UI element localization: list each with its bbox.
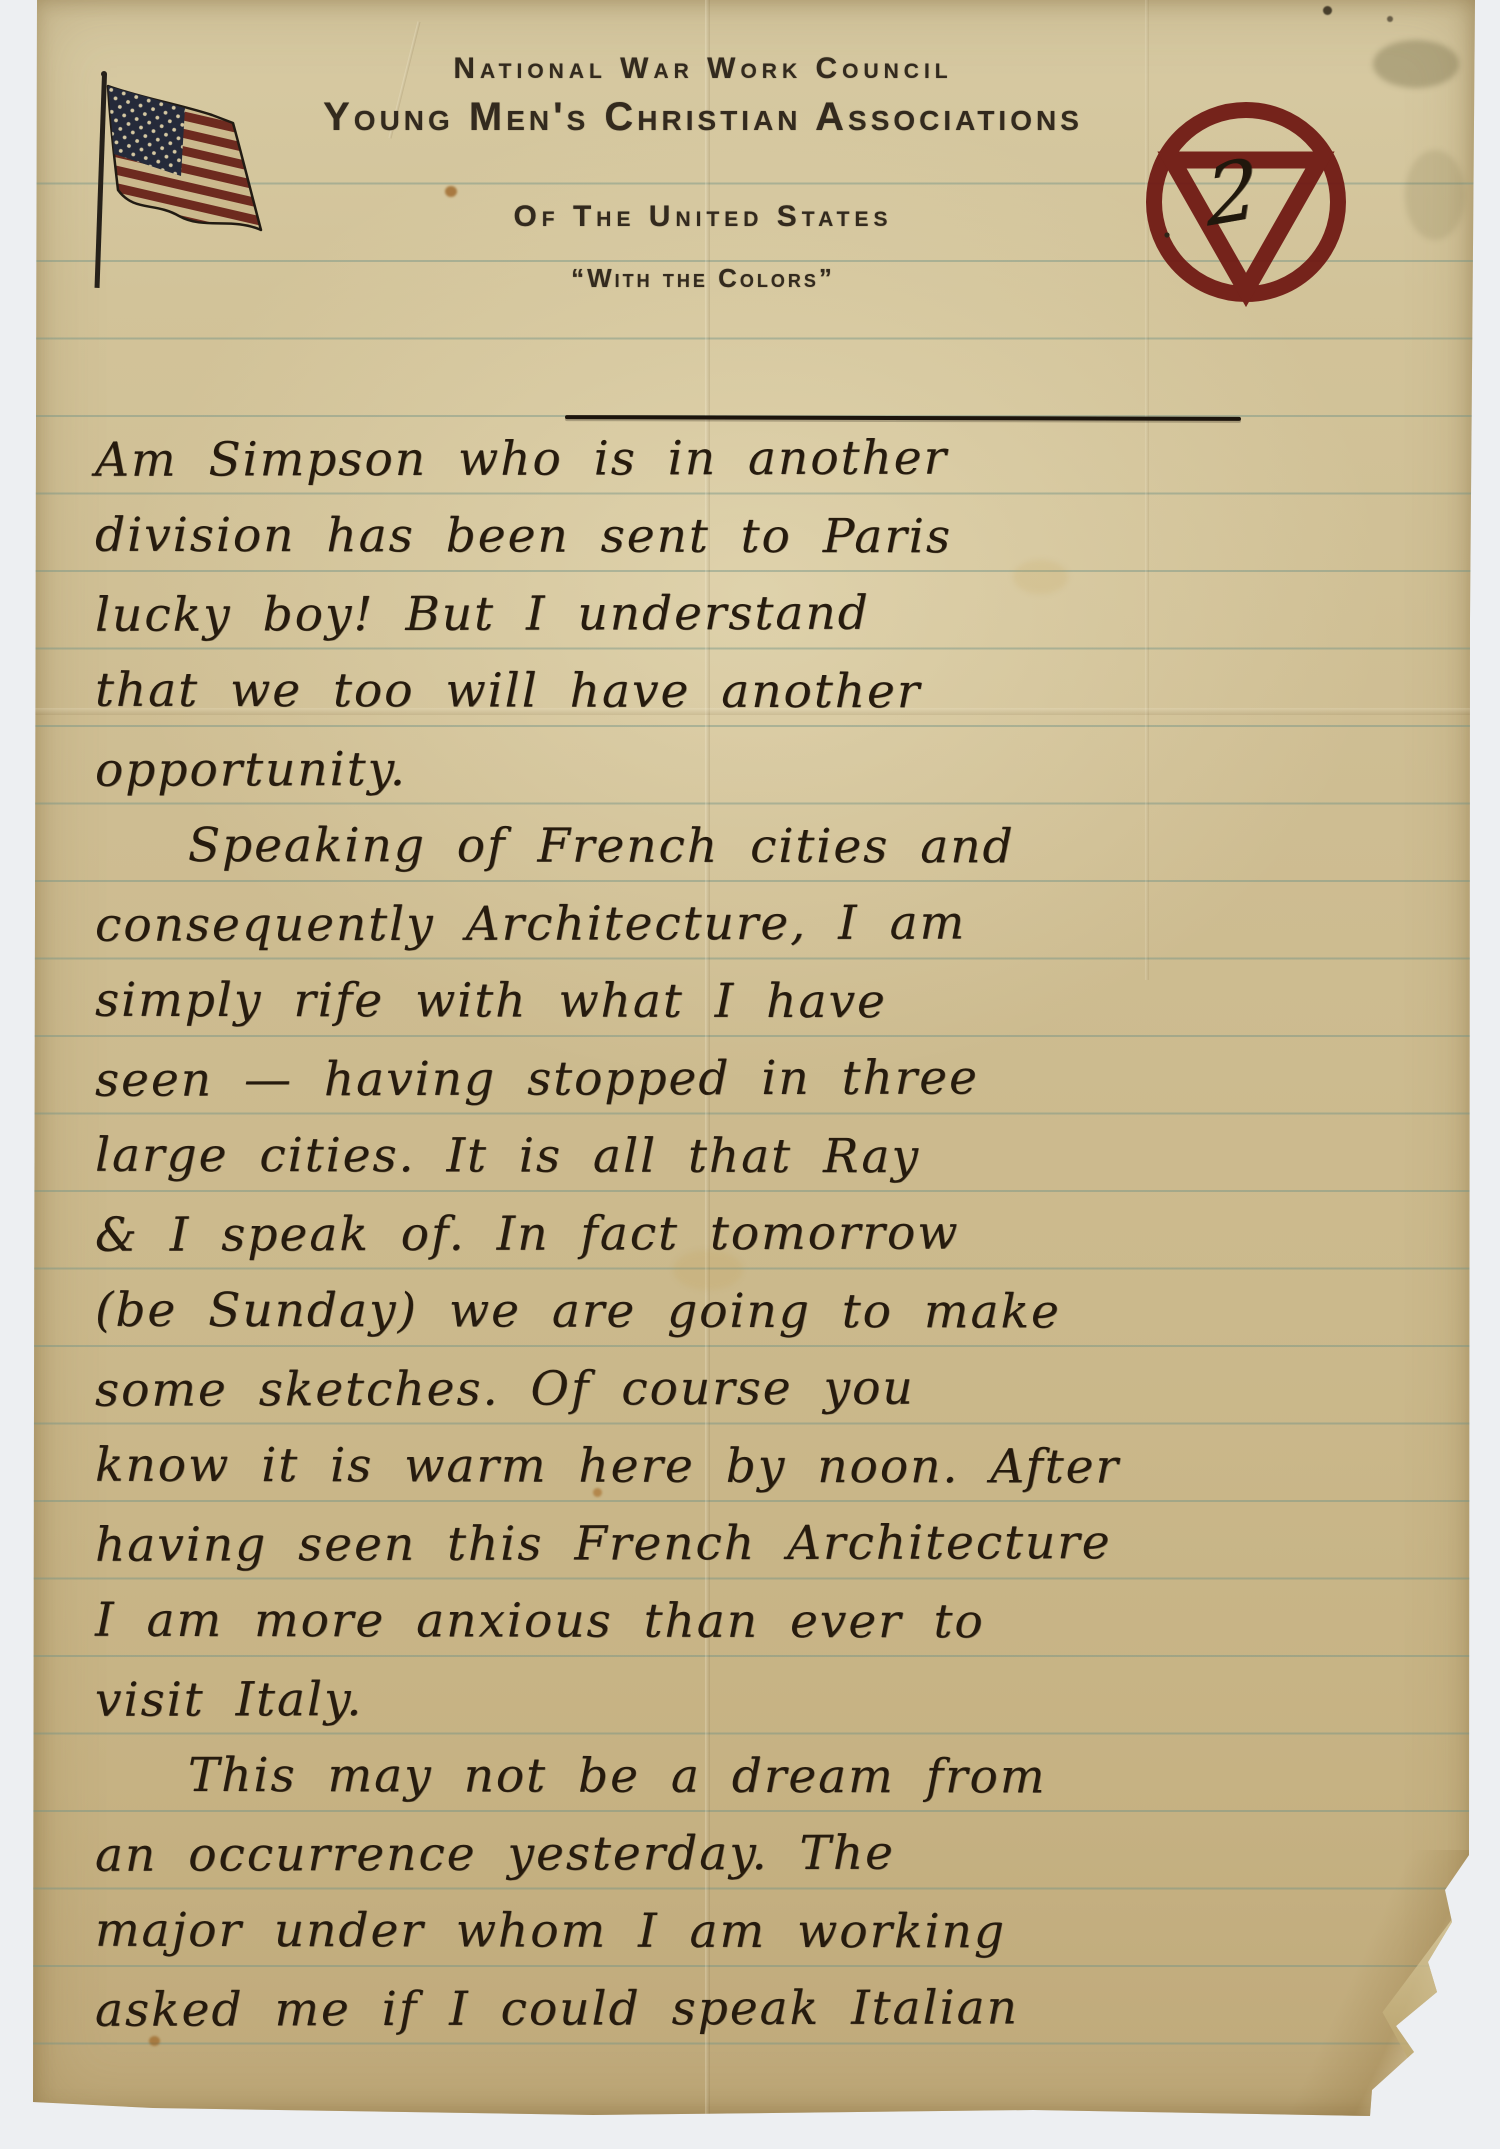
letter-line: visit Italy. [95, 1669, 1465, 1750]
letter-line: know it is warm here by noon. After [95, 1437, 1465, 1517]
letter-line: Am Simpson who is in another [95, 429, 1465, 510]
letterhead-council: National War Work Council [33, 52, 1373, 86]
ymca-triangle-logo: 2 [1142, 98, 1352, 308]
letter-line: & I speak of. In fact tomorrow [95, 1204, 1465, 1285]
stain [1387, 16, 1393, 22]
stain [1405, 150, 1465, 240]
stain [445, 186, 457, 197]
letter-line: that we too will have another [95, 662, 1465, 742]
letter-paper: National War Work Council Young Men's Ch… [33, 0, 1478, 2118]
letter-line: having seen this French Architecture [95, 1514, 1465, 1595]
letter-line: lucky boy! But I understand [95, 584, 1465, 665]
letter-line: simply rife with what I have [95, 972, 1465, 1052]
letter-line: large cities. It is all that Ray [95, 1127, 1465, 1207]
letter-body: Am Simpson who is in another division ha… [95, 431, 1465, 2059]
letter-line: I am more anxious than ever to [95, 1592, 1465, 1672]
stain [1323, 6, 1332, 15]
letter-line: consequently Architecture, I am [95, 894, 1465, 975]
scan-background: National War Work Council Young Men's Ch… [0, 0, 1500, 2149]
letter-line: (be Sunday) we are going to make [95, 1282, 1465, 1362]
letter-line: This may not be a dream from [95, 1747, 1465, 1827]
letter-line: seen — having stopped in three [95, 1049, 1465, 1130]
letter-line: asked me if I could speak Italian [95, 1979, 1465, 2060]
page-number: 2 [1205, 141, 1260, 246]
letter-line: some sketches. Of course you [95, 1359, 1465, 1440]
letter-line: Speaking of French cities and [95, 817, 1465, 897]
letter-line: opportunity. [95, 739, 1465, 820]
letter-line: division has been sent to Paris [95, 507, 1465, 587]
letter-line: major under whom I am working [95, 1902, 1465, 1982]
stain [1373, 40, 1459, 88]
letter-line: an occurrence yesterday. The [95, 1824, 1465, 1905]
